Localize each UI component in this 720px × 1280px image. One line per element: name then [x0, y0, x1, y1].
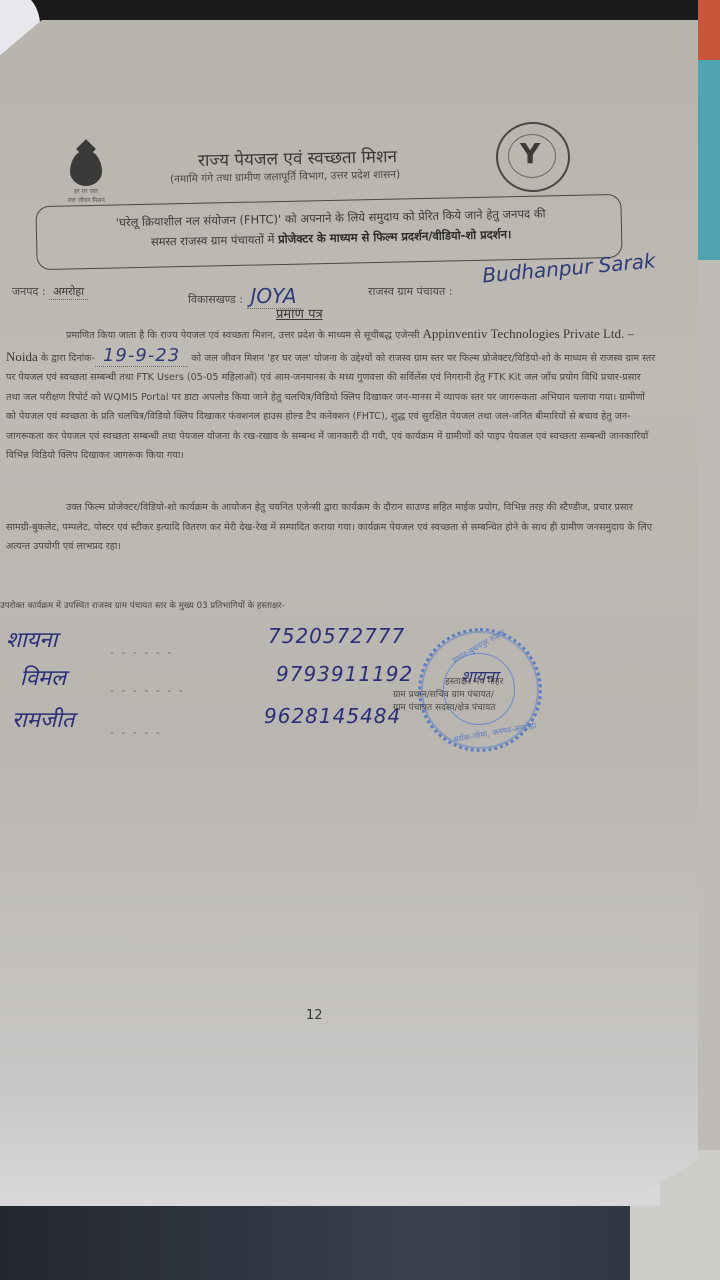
panchayat-field: राजस्व ग्राम पंचायत :	[368, 284, 452, 299]
water-drop-tap-icon	[70, 150, 102, 186]
up-government-emblem-icon: Y	[496, 122, 570, 192]
signature-intro: उपरोक्त कार्यक्रम में उपस्थित राजस्व ग्र…	[0, 599, 380, 614]
participant-row: रामजीत - - - - - 9628145484	[0, 704, 440, 738]
har-ghar-jal-logo: हर घर जल जल जीवन मिशन	[60, 150, 112, 204]
district-field: जनपद : अमरोहा	[12, 284, 88, 300]
stamp-bottom-text: ब्लॉक-जोया, जनपद-अमरोहा	[453, 720, 537, 745]
banner-line-2-bold: प्रोजेक्टर के माध्यम से फिल्म प्रदर्शन/व…	[278, 227, 512, 246]
page-number: 12	[306, 1008, 323, 1023]
participant-phone: 7520572777	[268, 624, 405, 648]
participant-signature: विमल	[20, 662, 66, 692]
participant-row: विमल - - - - - - - 9793911192	[0, 662, 440, 696]
program-details-paragraph: उक्त फिल्म प्रोजेक्टर/विडियो-शो कार्यक्र…	[6, 498, 656, 557]
logo-text: हर घर जल	[60, 188, 112, 195]
official-designation: हस्ताक्षर मय मोहर ग्राम प्रधान/सचिव ग्रा…	[393, 676, 503, 715]
certificate-title: प्रमाण पत्र	[276, 304, 323, 322]
document-content: हर घर जल जल जीवन मिशन Y राज्य पेयजल एवं …	[0, 0, 720, 1280]
document-title: राज्य पेयजल एवं स्वच्छता मिशन	[198, 144, 397, 171]
district-value: अमरोहा	[49, 284, 88, 300]
logo-subtext: जल जीवन मिशन	[60, 197, 112, 204]
participant-signature: शायना	[6, 624, 57, 654]
certification-paragraph: प्रमाणित किया जाता है कि राज्य पेयजल एवं…	[6, 324, 656, 466]
participant-phone: 9628145484	[264, 704, 401, 728]
program-date: 19-9-23	[95, 345, 188, 367]
participant-signature: रामजीत	[12, 704, 74, 734]
participant-row: शायना - - - - - - 7520572777	[0, 624, 440, 658]
